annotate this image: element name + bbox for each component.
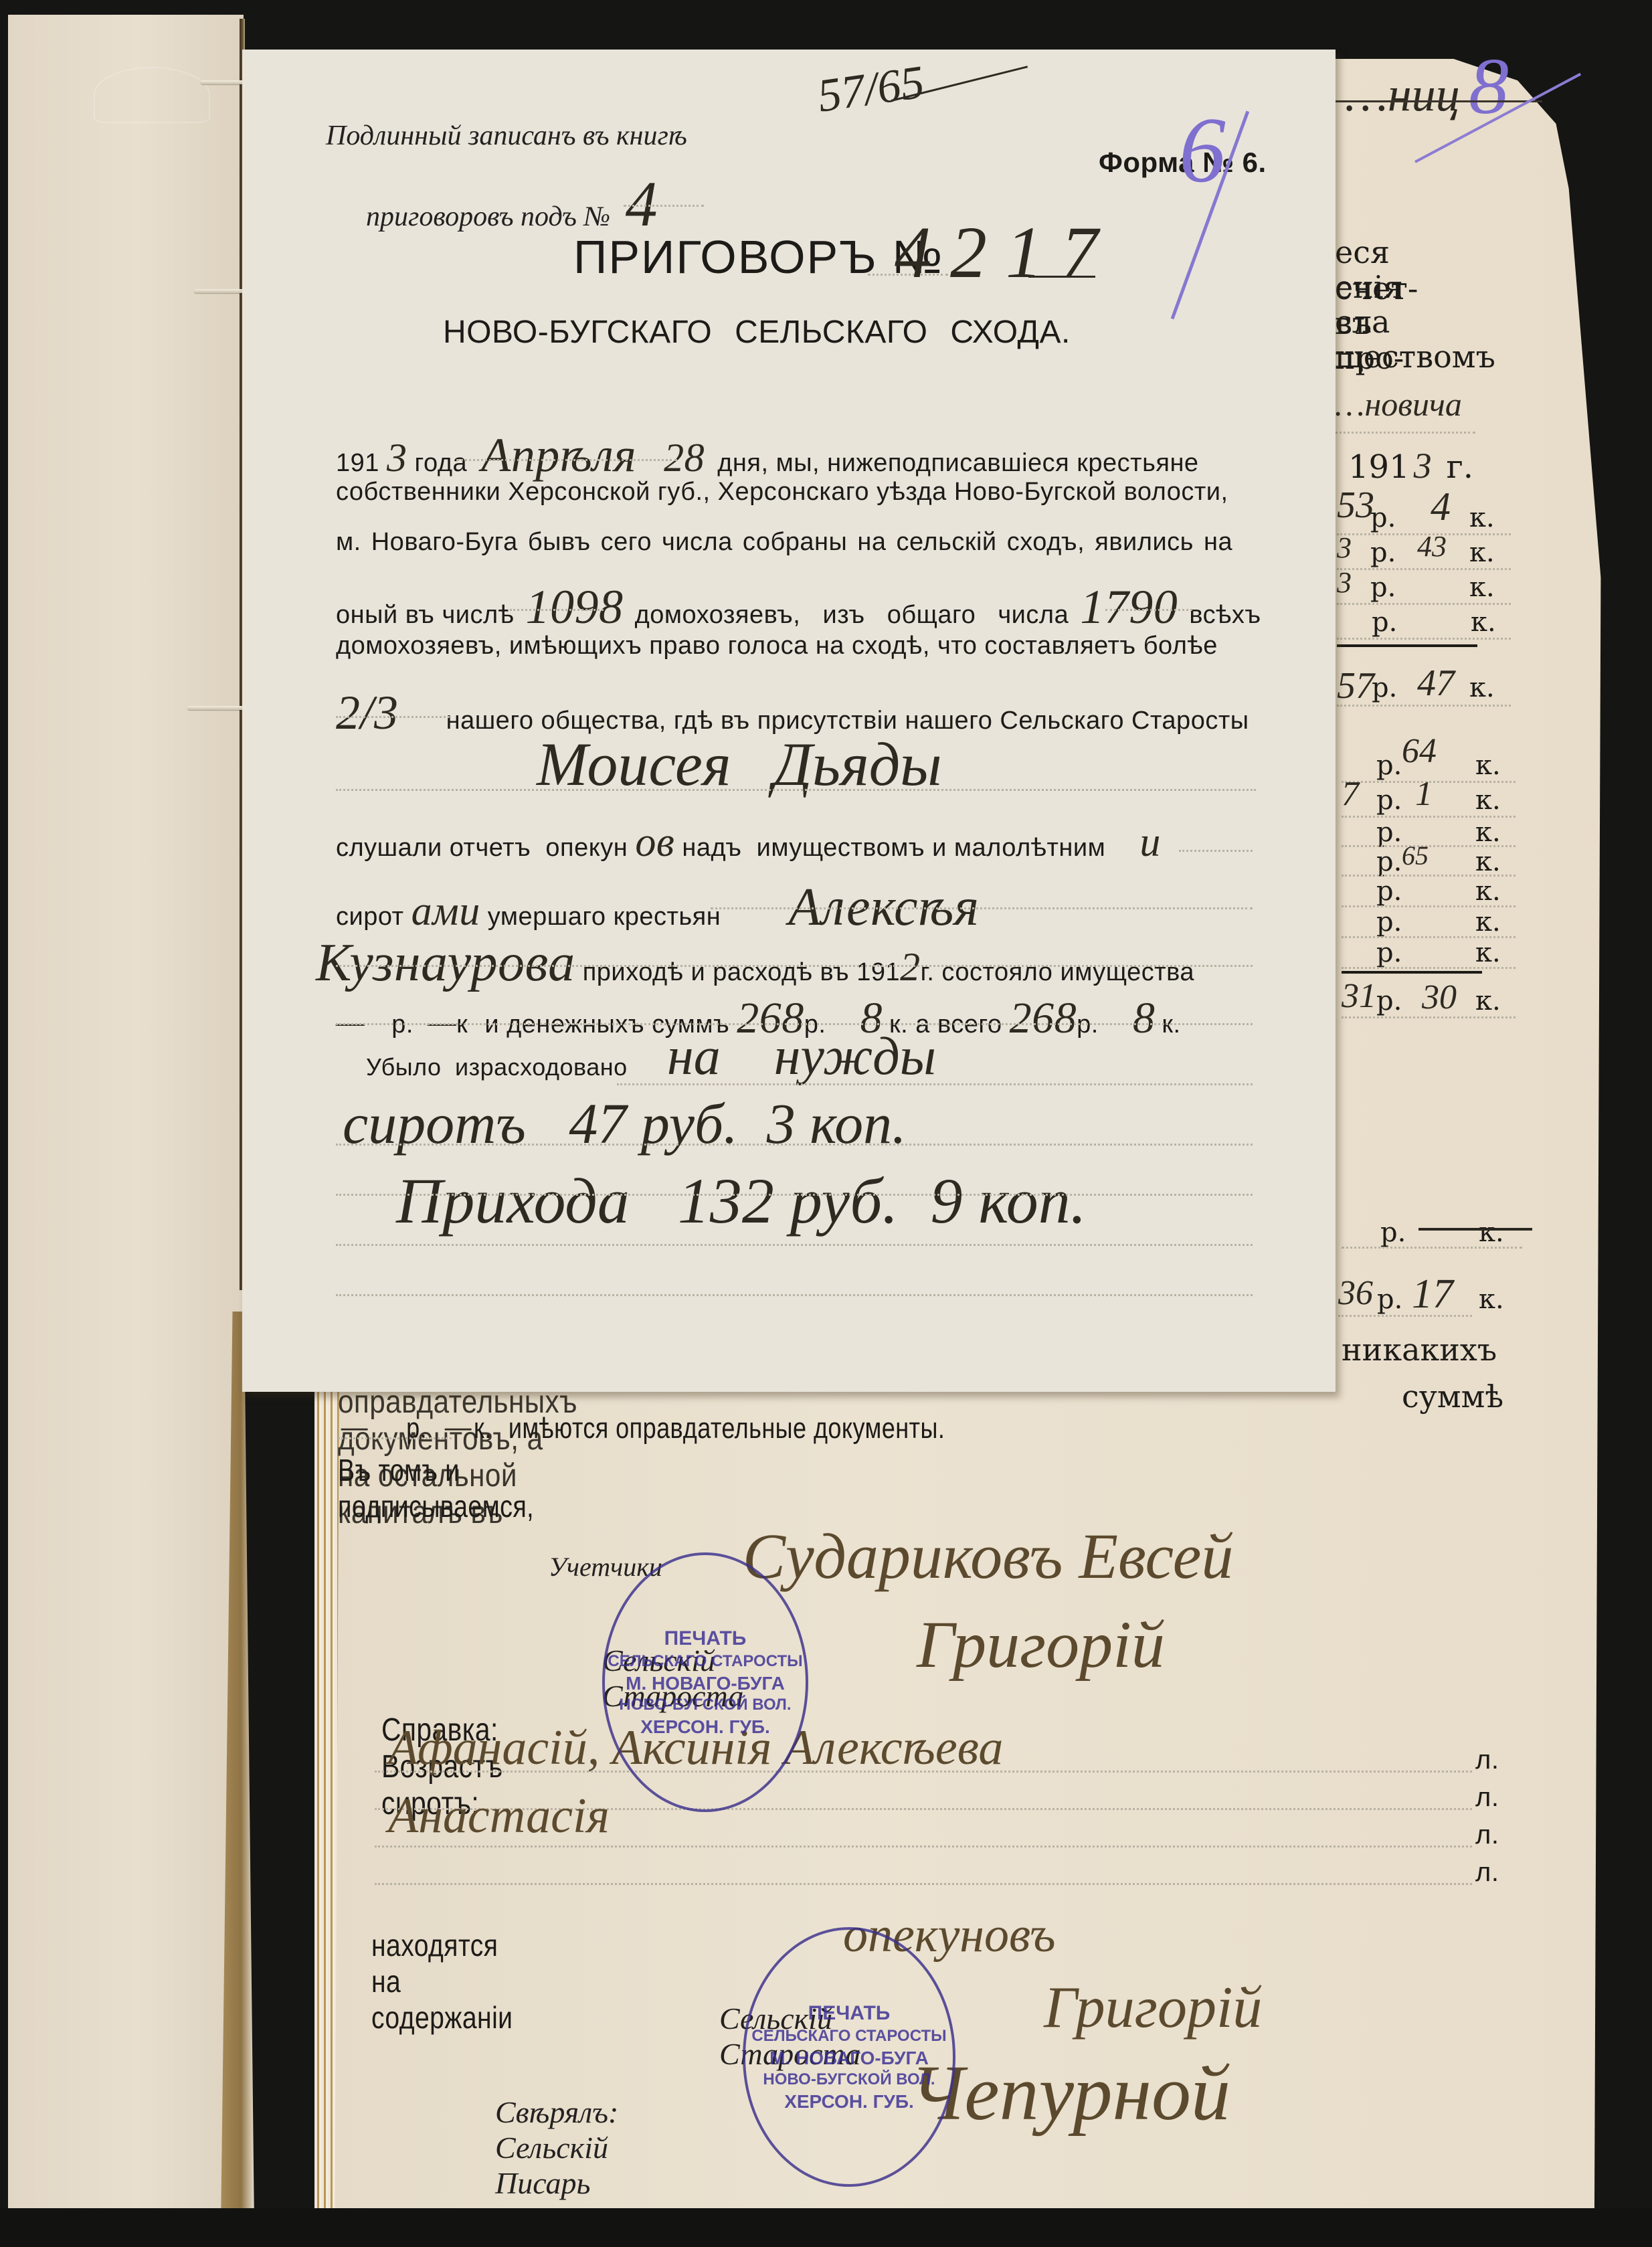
closing-line: Въ томъ и подписываемся, — [338, 1452, 534, 1524]
fill-line — [336, 1294, 1253, 1296]
upkeep-label: находятся на содержаніи — [371, 1927, 513, 2036]
overlay-form-sheet: Подлинный записанъ въ книгѣ приговоровъ … — [242, 50, 1336, 1392]
fill-line — [711, 907, 1253, 909]
body-line-3: м. Новаго-Буга бывъ сего числа собраны н… — [336, 528, 1232, 557]
paragraph-fragment: ществомъ — [1335, 339, 1495, 375]
fill-line — [617, 1083, 1253, 1085]
spent-purpose: на нужды — [667, 1026, 936, 1087]
embossed-seal — [94, 67, 210, 123]
body-line-date: 191 3 года Апрѣля 28 дня, мы, нижеподпис… — [336, 428, 1199, 483]
ledger-row-final: 36 р. 17 к. — [1338, 1281, 1526, 1322]
document-title: ПРИГОВОРЪ № — [573, 230, 943, 284]
starosta-signature-2: Григорій — [1044, 1974, 1262, 2042]
ledger-row: р. к. — [1337, 603, 1511, 638]
ledger-row-dash: р. к. — [1342, 1215, 1529, 1252]
archive-number: 57/65 — [814, 56, 927, 123]
fill-line — [336, 1194, 1253, 1196]
ledger-row: р. к. — [1342, 905, 1516, 936]
orphan-row: Анастасія л. — [375, 1815, 1512, 1852]
header-rule — [1335, 100, 1542, 102]
ledger-lower: р. 64 к. 7 р. 1 к. р. к. р. 65 к. р. к. — [1342, 746, 1516, 1023]
year-label: 1913г. — [1348, 445, 1473, 486]
fill-line — [1179, 850, 1253, 852]
fill-line — [336, 716, 450, 718]
fill-line — [336, 1023, 1253, 1025]
village-elder-stamp: ПЕЧАТЬ СЕЛЬСКАГО СТАРОСТЫ М. НОВАГО-БУГА… — [602, 1552, 808, 1812]
ledger-row-total: 57 р. 47 к. — [1337, 667, 1511, 727]
ledger-row-total: 31 р. 30 к. — [1342, 983, 1516, 1023]
assembly-subtitle: НОВО-БУГСКАГО СЕЛЬСКАГО СХОДА. — [443, 314, 1071, 351]
ledger-row: 53 р. 4 к. — [1337, 499, 1511, 533]
handwritten-name-fragment: …новича — [1335, 385, 1462, 424]
starosta-signature: Григорій — [917, 1606, 1165, 1683]
fill-line — [336, 789, 1256, 791]
ledger-row: р. 65 к. — [1342, 845, 1516, 875]
orphan-row: Афанасій, Аксинія Алексѣева л. — [375, 1740, 1512, 1777]
number-underline — [1028, 276, 1095, 278]
violet-page-mark: 8 — [1469, 40, 1509, 132]
fill-line — [1335, 432, 1475, 434]
ledger-row: 7 р. 1 к. — [1342, 781, 1516, 816]
fill-line — [336, 965, 1253, 967]
ledger-total-rule — [1342, 971, 1482, 974]
strike-dash — [1418, 1228, 1532, 1231]
body-line-2: собственники Херсонской губ., Херсонскаг… — [336, 478, 1228, 507]
table-surface — [0, 2208, 1652, 2247]
verdict-number: 4217 — [895, 210, 1117, 295]
fill-line — [1105, 609, 1192, 611]
fill-line — [336, 1244, 1253, 1246]
ledger-row: р. к. — [1342, 816, 1516, 845]
ledger-row: р. к. — [1342, 875, 1516, 905]
body-line-guardians: слушали отчетъ опекун ов надъ имуществом… — [336, 819, 1161, 867]
fill-line — [338, 1437, 452, 1439]
body-line-5: домохозяевъ, имѣющихъ право голоса на сх… — [336, 632, 1218, 660]
fill-line — [510, 609, 604, 611]
ledger-row: 3 р. 43 к. — [1337, 533, 1511, 568]
paragraph-fragment-summe: суммѣ — [1402, 1378, 1503, 1415]
orphans-list: Афанасій, Аксинія Алексѣева л. л. Анаста… — [375, 1740, 1512, 1890]
accountant-signature: Судариковъ Евсей — [743, 1519, 1233, 1593]
ledger: 53 р. 4 к. 3 р. 43 к. 3 р. к. р. к. 57 р… — [1337, 499, 1511, 727]
spent-amount: сиротъ 47 руб. 3 коп. — [343, 1090, 907, 1157]
ledger-row: 3 р. к. — [1337, 568, 1511, 603]
fill-line — [336, 1144, 1253, 1146]
handwritten-top-fragment: …ниц — [1345, 67, 1460, 122]
body-line-report-year: Кузнаурова приходѣ и расходѣ въ 1912г. с… — [316, 933, 1194, 994]
register-note-line1: Подлинный записанъ въ книгѣ — [326, 120, 687, 152]
fill-line — [624, 205, 704, 207]
village-elder-stamp: ПЕЧАТЬ СЕЛЬСКАГО СТАРОСТЫ М. НОВАГО-БУГА… — [743, 1927, 955, 2187]
documents-line: —р. —к. имѣются оправдательные документы… — [341, 1405, 945, 1447]
orphan-row: л. — [375, 1852, 1512, 1890]
spent-label: Убыло израсходовано — [366, 1053, 628, 1081]
ledger-total-rule — [1337, 644, 1477, 647]
body-line-attendance: оный въ числѣ 1098 домохозяевъ, изъ обща… — [336, 579, 1261, 635]
paragraph-fragment-nikakikh: никакихъ — [1342, 1332, 1497, 1368]
clerk-signature: Чепурной — [910, 2048, 1230, 2139]
fill-line — [456, 459, 677, 461]
income-amount: Прихода 132 руб. 9 коп. — [396, 1164, 1087, 1238]
ledger-row: р. к. — [1342, 936, 1516, 967]
left-blank-page — [8, 15, 244, 2215]
clerk-label: Свѣрялъ: Сельскій Писарь — [495, 2094, 618, 2201]
